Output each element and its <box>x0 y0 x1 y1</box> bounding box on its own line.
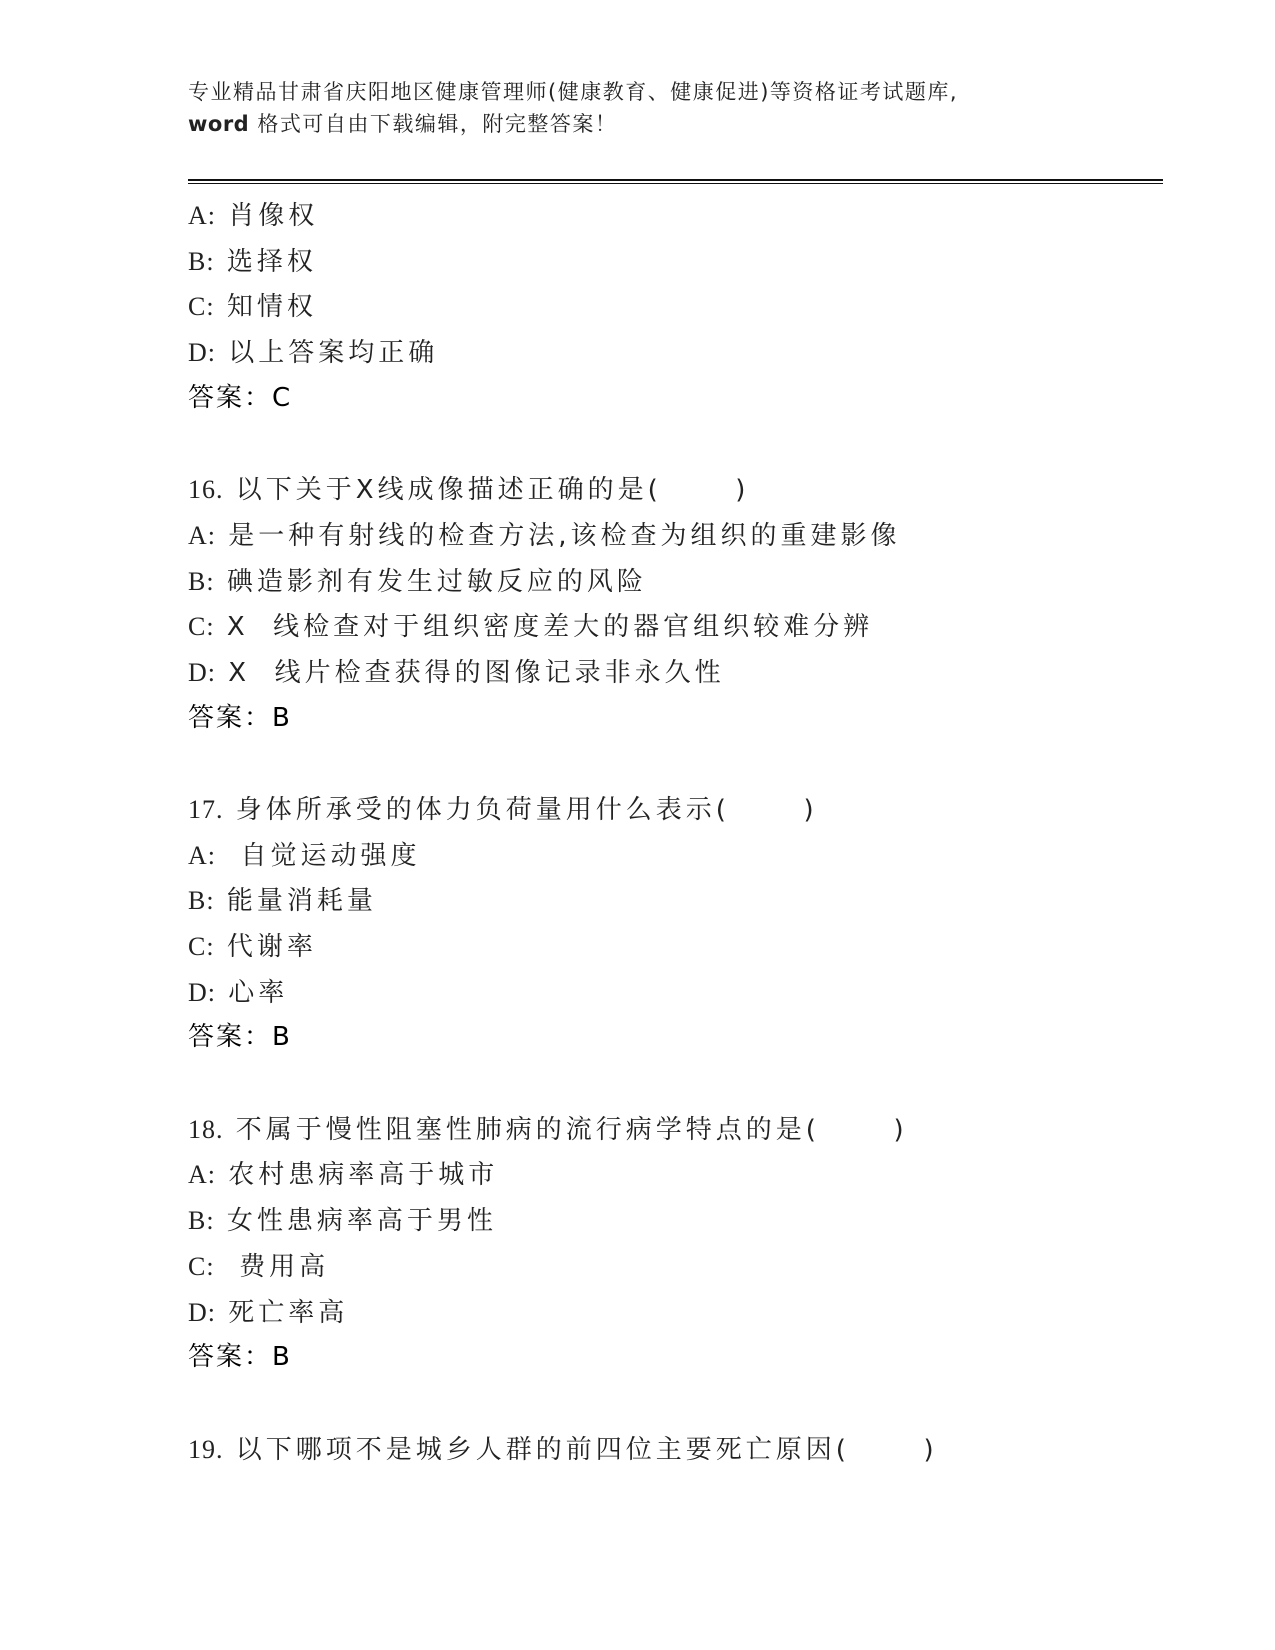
question-stem: 17. 身体所承受的体力负荷量用什么表示( ) <box>188 787 1168 833</box>
question-block-prev: A: 肖像权 B: 选择权 C: 知情权 D: 以上答案均正确 答案：C <box>188 193 1168 421</box>
option-label: C: <box>188 612 215 641</box>
answer-value: C <box>272 383 292 413</box>
rule-line-thin <box>188 183 1163 184</box>
option-text: 自觉运动强度 <box>216 841 421 871</box>
answer-line: 答案：C <box>188 376 1168 422</box>
question-stem: 19. 以下哪项不是城乡人群的前四位主要死亡原因( ) <box>188 1427 1168 1473</box>
spacer <box>188 421 1168 467</box>
option-text: 能量消耗量 <box>215 886 377 916</box>
option-label: D: <box>188 338 216 367</box>
option-a: A: 农村患病率高于城市 <box>188 1152 1168 1198</box>
option-b: B: 选择权 <box>188 239 1168 285</box>
question-text: 身体所承受的体力负荷量用什么表示( ) <box>224 795 818 825</box>
option-label: D: <box>188 1298 216 1327</box>
option-c: C: 代谢率 <box>188 924 1168 970</box>
option-label: A: <box>188 841 216 870</box>
option-text: 费用高 <box>215 1252 330 1282</box>
option-d: D: X 线片检查获得的图像记录非永久性 <box>188 650 1168 696</box>
answer-value: B <box>272 703 292 733</box>
option-label: C: <box>188 1252 215 1281</box>
option-text: 选择权 <box>215 247 317 277</box>
option-d: D: 以上答案均正确 <box>188 330 1168 376</box>
question-text: 以下关于X线成像描述正确的是( ) <box>224 475 750 505</box>
option-label: B: <box>188 886 215 915</box>
option-label: B: <box>188 1206 215 1235</box>
option-text: 农村患病率高于城市 <box>216 1160 498 1190</box>
question-block-19: 19. 以下哪项不是城乡人群的前四位主要死亡原因( ) <box>188 1427 1168 1473</box>
option-text: 肖像权 <box>216 201 318 231</box>
header-title-line: 专业精品甘肃省庆阳地区健康管理师(健康教育、健康促进)等资格证考试题库, <box>188 76 1148 108</box>
question-number: 16. <box>188 475 224 504</box>
option-text: X 线检查对于组织密度差大的器官组织较难分辨 <box>215 612 874 642</box>
option-text: 代谢率 <box>215 932 317 962</box>
answer-value: B <box>272 1022 292 1052</box>
header-subtitle-text: 格式可自由下载编辑，附完整答案！ <box>249 112 617 136</box>
header-double-rule <box>188 179 1163 185</box>
answer-line: 答案：B <box>188 1335 1168 1381</box>
spacer <box>188 741 1168 787</box>
question-block-17: 17. 身体所承受的体力负荷量用什么表示( ) A: 自觉运动强度 B: 能量消… <box>188 787 1168 1061</box>
option-b: B: 女性患病率高于男性 <box>188 1198 1168 1244</box>
option-text: 碘造影剂有发生过敏反应的风险 <box>215 567 647 597</box>
option-label: B: <box>188 567 215 596</box>
rule-line-thick <box>188 179 1163 181</box>
option-text: 死亡率高 <box>216 1298 348 1328</box>
option-label: A: <box>188 1160 216 1189</box>
question-number: 17. <box>188 795 224 824</box>
answer-line: 答案：B <box>188 696 1168 742</box>
question-text: 以下哪项不是城乡人群的前四位主要死亡原因( ) <box>224 1435 938 1465</box>
option-label: A: <box>188 201 216 230</box>
question-list: A: 肖像权 B: 选择权 C: 知情权 D: 以上答案均正确 答案：C 16.… <box>188 193 1168 1472</box>
option-label: B: <box>188 247 215 276</box>
option-label: C: <box>188 292 215 321</box>
answer-label: 答案： <box>188 703 272 733</box>
option-a: A: 是一种有射线的检查方法,该检查为组织的重建影像 <box>188 513 1168 559</box>
question-text: 不属于慢性阻塞性肺病的流行病学特点的是( ) <box>224 1115 908 1145</box>
question-stem: 16. 以下关于X线成像描述正确的是( ) <box>188 467 1168 513</box>
question-block-16: 16. 以下关于X线成像描述正确的是( ) A: 是一种有射线的检查方法,该检查… <box>188 467 1168 741</box>
option-text: 心率 <box>216 978 288 1008</box>
spacer <box>188 1061 1168 1107</box>
header-word-format: word <box>188 112 249 136</box>
answer-label: 答案： <box>188 1342 272 1372</box>
option-d: D: 心率 <box>188 970 1168 1016</box>
option-d: D: 死亡率高 <box>188 1290 1168 1336</box>
option-c: C: X 线检查对于组织密度差大的器官组织较难分辨 <box>188 604 1168 650</box>
question-number: 19. <box>188 1435 224 1464</box>
option-b: B: 碘造影剂有发生过敏反应的风险 <box>188 559 1168 605</box>
option-label: D: <box>188 658 216 687</box>
spacer <box>188 1381 1168 1427</box>
header-subtitle-line: word 格式可自由下载编辑，附完整答案！ <box>188 108 1148 140</box>
answer-value: B <box>272 1342 292 1372</box>
option-a: A: 肖像权 <box>188 193 1168 239</box>
document-header: 专业精品甘肃省庆阳地区健康管理师(健康教育、健康促进)等资格证考试题库, wor… <box>188 76 1148 140</box>
option-text: 是一种有射线的检查方法,该检查为组织的重建影像 <box>216 521 901 551</box>
option-text: 知情权 <box>215 292 317 322</box>
option-label: D: <box>188 978 216 1007</box>
option-c: C: 费用高 <box>188 1244 1168 1290</box>
option-text: 女性患病率高于男性 <box>215 1206 497 1236</box>
question-stem: 18. 不属于慢性阻塞性肺病的流行病学特点的是( ) <box>188 1107 1168 1153</box>
option-text: 以上答案均正确 <box>216 338 438 368</box>
answer-label: 答案： <box>188 1022 272 1052</box>
question-number: 18. <box>188 1115 224 1144</box>
option-c: C: 知情权 <box>188 284 1168 330</box>
answer-line: 答案：B <box>188 1015 1168 1061</box>
option-text: X 线片检查获得的图像记录非永久性 <box>216 658 725 688</box>
question-block-18: 18. 不属于慢性阻塞性肺病的流行病学特点的是( ) A: 农村患病率高于城市 … <box>188 1107 1168 1381</box>
option-a: A: 自觉运动强度 <box>188 833 1168 879</box>
option-b: B: 能量消耗量 <box>188 878 1168 924</box>
option-label: C: <box>188 932 215 961</box>
option-label: A: <box>188 521 216 550</box>
answer-label: 答案： <box>188 383 272 413</box>
